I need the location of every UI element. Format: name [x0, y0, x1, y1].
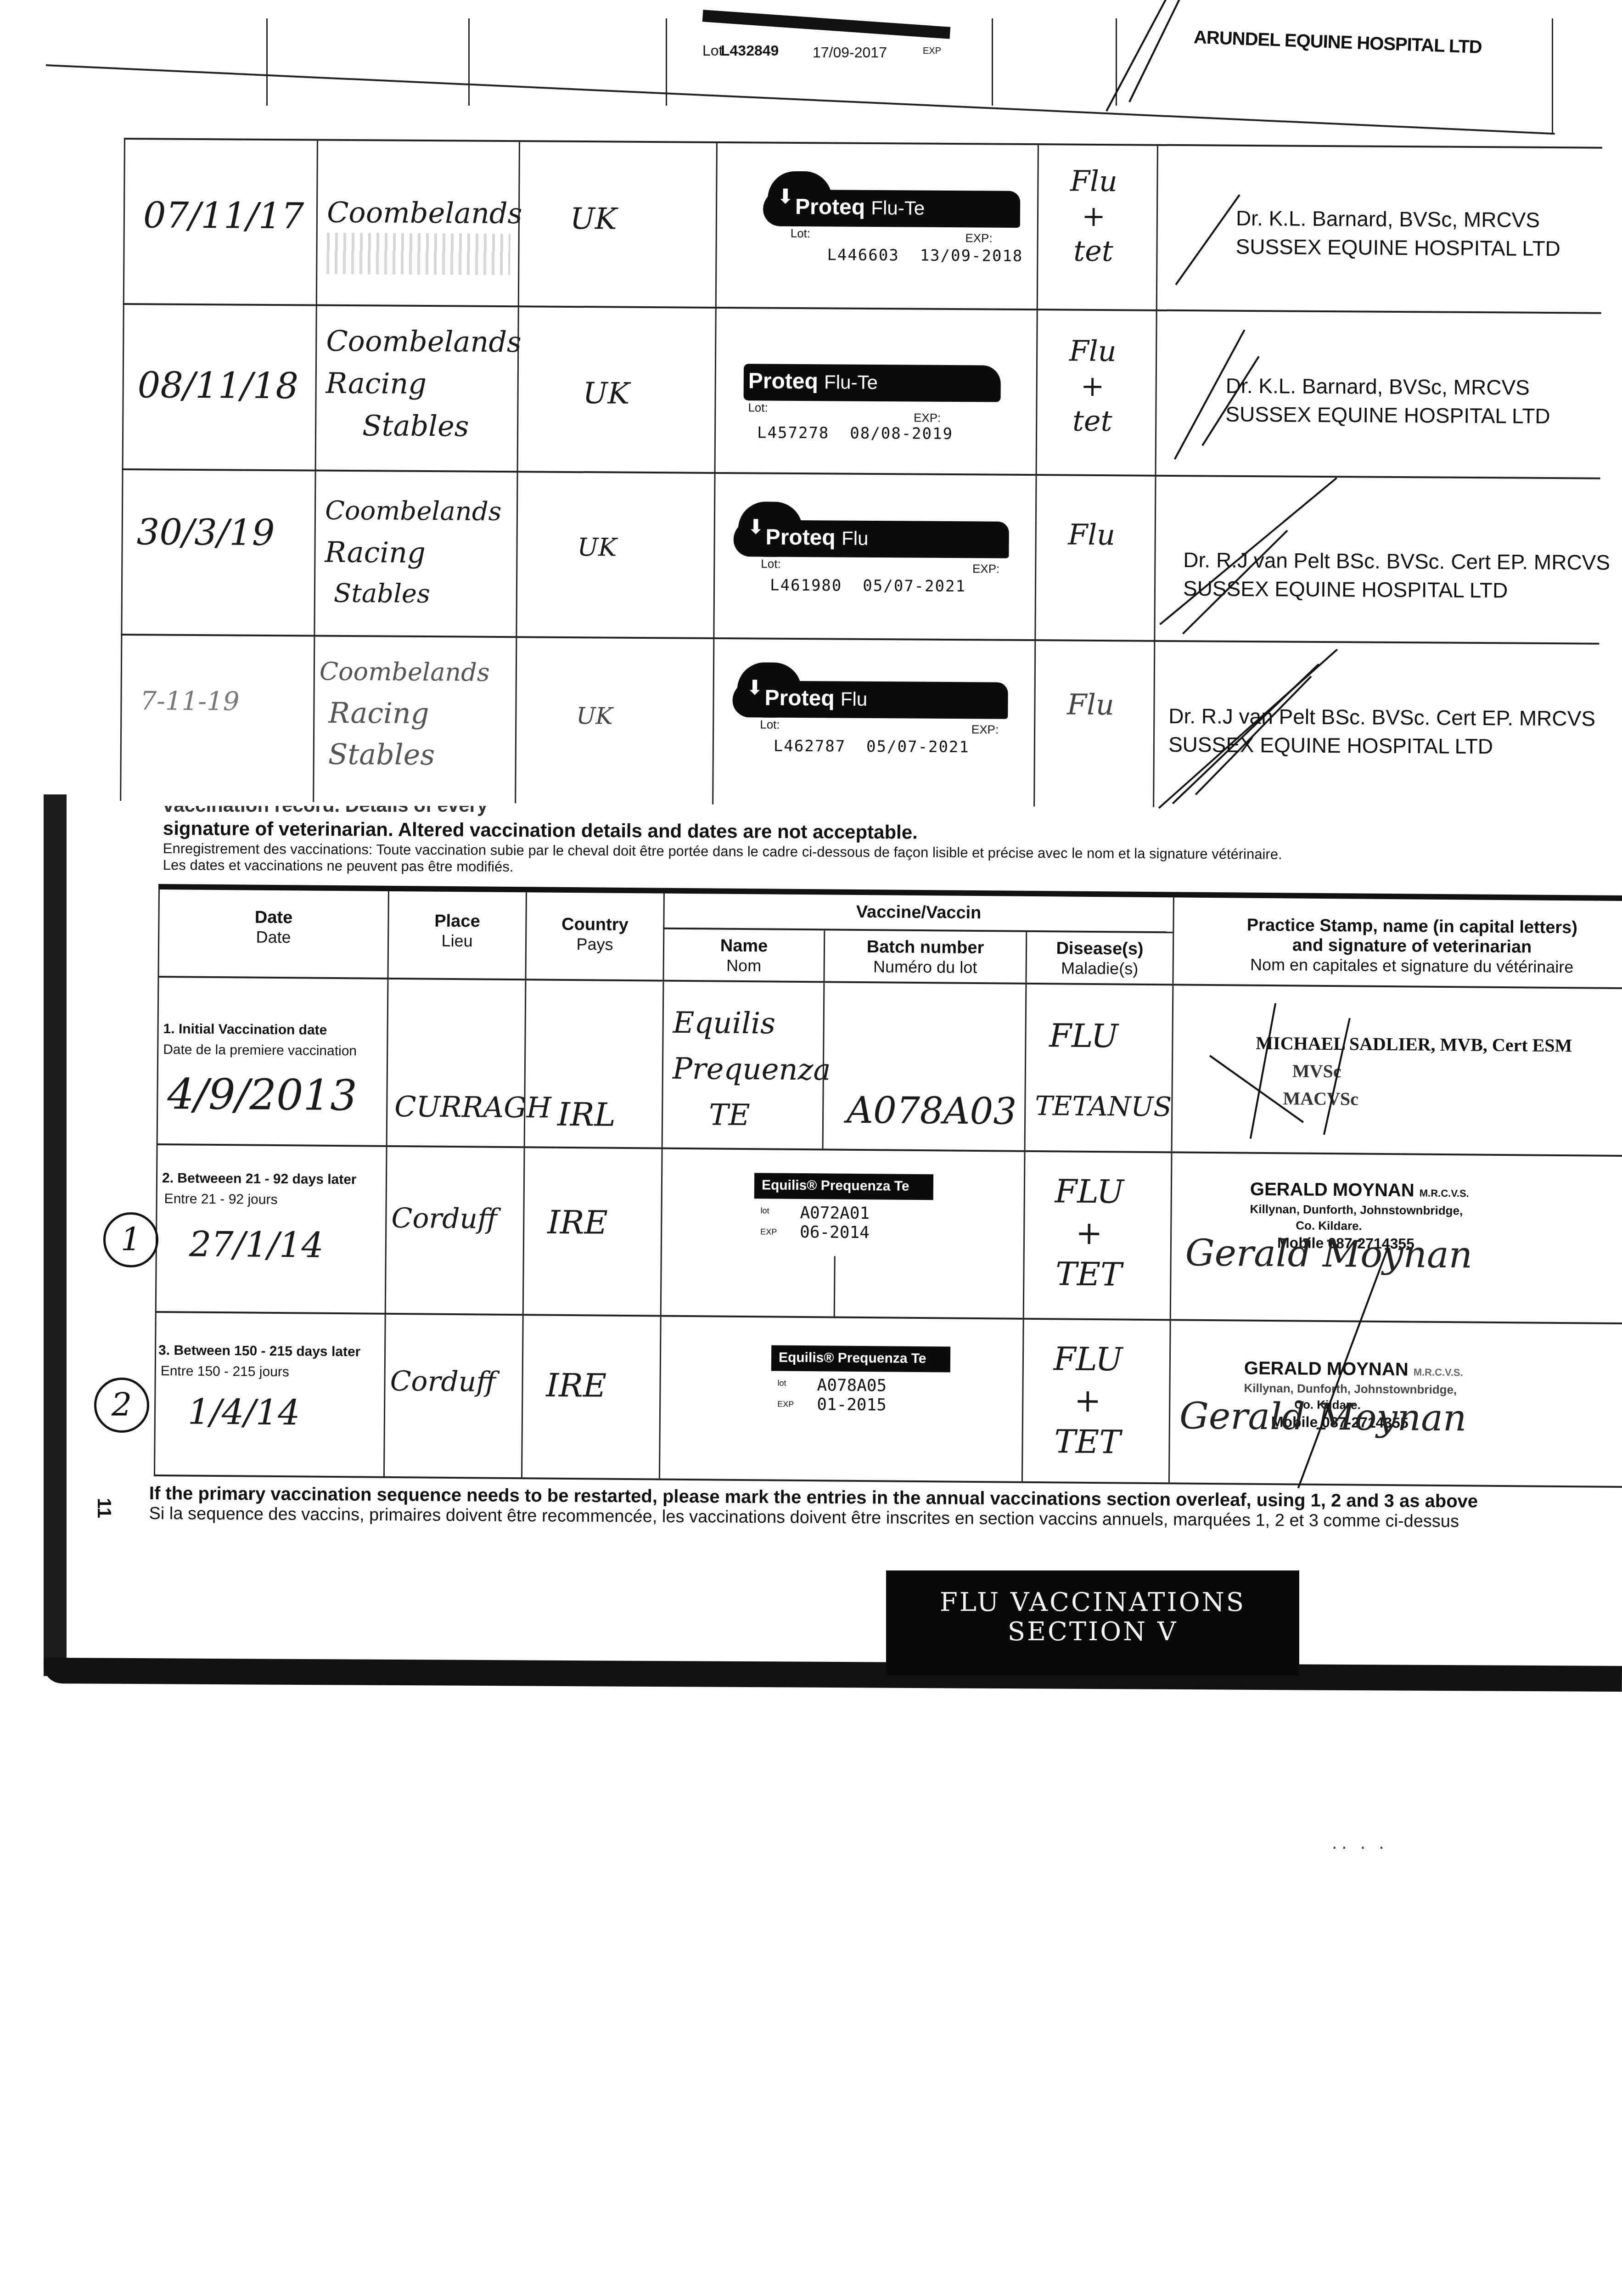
disease-list: Flu	[1055, 517, 1128, 552]
exp-label: EXP:	[971, 722, 999, 737]
vet-cell: Dr. R.J van Pelt BSc. BVSc. Cert EP. MRC…	[1154, 477, 1600, 645]
lot-and-expiry: L462787 05/07-2021	[774, 737, 970, 757]
header-practice-stamp: Practice Stamp, name (in capital letters…	[1172, 896, 1622, 987]
intro-bold: signature of veterinarian. Altered vacci…	[163, 817, 918, 844]
header-vaccine-name: Name Nom	[662, 929, 824, 981]
vaccination-date: 7-11-19	[140, 686, 239, 716]
place-line: Coombelands	[320, 651, 490, 694]
lot-label: lot	[777, 1379, 786, 1388]
date-cell: 2. Betweeen 21 - 92 days later Entre 21 …	[155, 1145, 387, 1313]
vet-cell: Dr. R.J van Pelt BSc. BVSc. Cert EP. MRC…	[1153, 642, 1599, 810]
date-cell: 30/3/19	[121, 470, 314, 637]
date-cell: 1. Initial Vaccination date Date de la p…	[157, 978, 389, 1145]
column-divider	[266, 18, 268, 106]
lot-label: Lot:	[760, 717, 780, 732]
place-cell: Corduff	[385, 1147, 525, 1314]
vet-name: Dr. R.J van Pelt BSc. BVSc. Cert EP. MRC…	[1168, 702, 1595, 733]
vaccination-date: 08/11/18	[137, 365, 298, 407]
exp-label: EXP	[760, 1227, 777, 1237]
lot-label: Lot:	[761, 557, 781, 571]
place-cell: CURRAGH	[386, 979, 527, 1146]
restart-instructions: If the primary vaccination sequence need…	[149, 1483, 1618, 1533]
disease-cell: Flu	[1034, 476, 1155, 642]
place-cell: Coombelands Racing Stables	[314, 472, 516, 638]
column-divider	[834, 1256, 836, 1318]
country-value: UK	[577, 533, 617, 562]
disease-cell: FLU TETANUS	[1024, 985, 1174, 1152]
header-country: Country Pays	[525, 891, 663, 979]
disease-cell: Flu	[1033, 641, 1154, 807]
syringe-drop-icon: ⬇	[777, 185, 794, 208]
primary-vaccinations-table: Date Date Place Lieu Country Pays Vaccin…	[154, 889, 1622, 1490]
stamp-cell: MICHAEL SADLIER, MVB, Cert ESM MVSc MACV…	[1171, 985, 1622, 1155]
place-line: Racing	[326, 362, 427, 405]
header-place: Place Lieu	[387, 890, 525, 979]
place-cell: Coombelands Racing Stables	[313, 637, 516, 804]
country-cell: IRE	[521, 1316, 662, 1478]
table-row: 3. Between 150 - 215 days later Entre 15…	[154, 1311, 1622, 1488]
header-date: Date Date	[158, 889, 388, 978]
place-line: Stables	[362, 405, 469, 447]
annual-vaccinations-table: 07/11/17 Coombelands UK ⬇ Proteq Flu-Te …	[120, 138, 1602, 850]
batch-and-expiry: A072A01 06-2014	[800, 1204, 870, 1243]
lot-label: lot	[760, 1206, 769, 1216]
date-cell: 7-11-19	[120, 636, 314, 802]
page-number: 11	[93, 1498, 115, 1518]
stamp-cell: GERALD MOYNAN M.R.C.V.S. Killynan, Dunfo…	[1170, 1153, 1622, 1322]
exp-label: EXP:	[965, 231, 992, 245]
vet-practice: SUSSEX EQUINE HOSPITAL LTD	[1225, 400, 1550, 430]
proteq-sticker: ⬇ Proteq Flu Lot: EXP: L461980 05/07-202…	[733, 501, 1009, 577]
previous-page-strip: Lot L432849 17/09-2017 EXP ARUNDEL EQUIN…	[60, 0, 1552, 138]
column-divider	[1552, 18, 1553, 133]
sequence-marker-2: 2	[94, 1378, 149, 1433]
signature-stroke	[1250, 1003, 1276, 1139]
sticker-brand: Proteq Flu	[764, 686, 867, 711]
place-line: Coombelands	[325, 490, 502, 533]
country-value: UK	[570, 202, 617, 236]
intro-cut-line: vaccination record. Details of every	[163, 794, 488, 816]
scan-artifact: ·· · ·	[1331, 1837, 1388, 1857]
date-cell: 3. Between 150 - 215 days later Entre 15…	[154, 1313, 386, 1476]
sticker-bar-fragment	[702, 10, 950, 39]
lot-label: Lot:	[791, 226, 811, 241]
top-lot-code: L432849	[721, 42, 779, 59]
disease-cell: FLU + TET	[1021, 1320, 1171, 1483]
vaccination-date: 1/4/14	[188, 1391, 300, 1433]
vet-practice: SUSSEX EQUINE HOSPITAL LTD	[1235, 232, 1560, 263]
vaccination-date: 27/1/14	[189, 1224, 324, 1266]
country-cell: UK	[517, 307, 715, 474]
disease-cell: Flu + tet	[1036, 310, 1156, 477]
header-batch-number: Batch number Numéro du lot	[823, 930, 1026, 982]
lot-and-expiry: L461980 05/07-2021	[770, 576, 966, 596]
lot-and-expiry: L457278 08/08-2019	[757, 423, 953, 443]
vet-practice: SUSSEX EQUINE HOSPITAL LTD	[1183, 574, 1508, 604]
primary-vaccinations-page: 11 vaccination record. Details of every …	[44, 794, 1622, 1685]
sticker-brand: Proteq Flu	[766, 525, 869, 551]
country-cell: IRL	[524, 980, 664, 1147]
vaccine-sticker-cell: Equilis® Prequenza Te lot EXP A078A05 01…	[659, 1317, 1024, 1481]
place-cell: Coombelands	[316, 141, 519, 308]
header-vaccine-group: Vaccine/Vaccin	[663, 893, 1173, 934]
table-row: 07/11/17 Coombelands UK ⬇ Proteq Flu-Te …	[123, 138, 1602, 314]
date-cell: 07/11/17	[123, 140, 317, 306]
vaccine-cell: ⬇ Proteq Flu Lot: EXP: L461980 05/07-202…	[713, 474, 1035, 641]
country-value: UK	[583, 377, 629, 411]
top-lot-label: Lot	[702, 42, 723, 59]
section-tab-subtitle: SECTION V	[886, 1617, 1299, 1647]
equilis-sticker: Equilis® Prequenza Te lot EXP A078A05 01…	[771, 1345, 950, 1425]
sticker-brand: Proteq Flu-Te	[795, 194, 925, 220]
page-binding-edge	[44, 794, 67, 1676]
exp-label: EXP:	[972, 562, 999, 576]
vaccination-date: 4/9/2013	[167, 1069, 357, 1120]
batch-and-expiry: A078A05 01-2015	[817, 1376, 887, 1415]
table-row: 2. Betweeen 21 - 92 days later Entre 21 …	[155, 1143, 1622, 1323]
table-row: 7-11-19 Coombelands Racing Stables UK ⬇ …	[120, 634, 1599, 810]
proteq-sticker: ⬇ Proteq Flu-Te Lot: EXP: L446603 13/09-…	[763, 171, 1021, 246]
disease-list: Flu	[1054, 687, 1127, 722]
column-divider	[468, 18, 470, 106]
batch-cell: A078A03	[822, 983, 1027, 1150]
table-row: 30/3/19 Coombelands Racing Stables UK ⬇ …	[121, 468, 1600, 645]
exp-label: EXP	[777, 1400, 794, 1409]
lot-label: Lot:	[748, 400, 768, 415]
handwritten-signature: Gerald Moynan	[1179, 1395, 1467, 1440]
column-divider	[992, 18, 993, 106]
hospital-stamp: ARUNDEL EQUINE HOSPITAL LTD	[1193, 27, 1482, 58]
sequence-marker-1: 1	[103, 1212, 158, 1267]
place-line: Coombelands	[327, 191, 522, 235]
section-tab: FLU VACCINATIONS SECTION V	[886, 1570, 1299, 1676]
disease-list: Flu + tet	[1055, 333, 1129, 439]
section-tab-title: FLU VACCINATIONS	[886, 1588, 1299, 1617]
sticker-brand: Proteq Flu-Te	[748, 368, 878, 394]
country-cell: IRE	[522, 1148, 663, 1315]
equilis-sticker: Equilis® Prequenza Te lot EXP A072A01 06…	[754, 1173, 933, 1252]
proteq-sticker: Proteq Flu-Te Lot: EXP: L457278 08/08-20…	[743, 345, 1001, 420]
sticker-brand: Equilis® Prequenza Te	[771, 1345, 950, 1373]
place-line: Racing	[328, 692, 429, 735]
country-cell: UK	[516, 473, 714, 639]
vaccine-cell: ⬇ Proteq Flu-Te Lot: EXP: L446603 13/09-…	[715, 143, 1038, 310]
stamp-cell: GERALD MOYNAN M.R.C.V.S. Killynan, Dunfo…	[1168, 1321, 1622, 1486]
place-cell: Coombelands Racing Stables	[315, 306, 518, 473]
vet-name: Dr. K.L. Barnard, BVSc, MRCVS	[1226, 371, 1530, 402]
proteq-sticker: ⬇ Proteq Flu Lot: EXP: L462787 05/07-202…	[732, 662, 1008, 737]
place-line: Racing	[325, 531, 426, 574]
country-cell: UK	[518, 142, 716, 309]
top-exp-label: EXP	[923, 46, 941, 56]
lot-and-expiry: L446603 13/09-2018	[827, 246, 1023, 265]
exp-label: EXP:	[914, 411, 941, 425]
top-expiry: 17/09-2017	[813, 44, 887, 61]
sticker-brand: Equilis® Prequenza Te	[754, 1173, 933, 1200]
place-line: Coombelands	[326, 320, 522, 364]
syringe-drop-icon: ⬇	[746, 676, 763, 699]
country-cell: UK	[515, 638, 713, 805]
intro-french-2: Les dates et vaccinations ne peuvent pas…	[163, 857, 514, 875]
signature-stroke	[1175, 194, 1240, 285]
place-line: Stables	[328, 733, 435, 776]
vaccination-date: 07/11/17	[143, 195, 304, 237]
vaccine-cell: Proteq Flu-Te Lot: EXP: L457278 08/08-20…	[714, 309, 1037, 476]
vaccine-cell: ⬇ Proteq Flu Lot: EXP: L462787 05/07-202…	[712, 639, 1034, 806]
place-line: Stables	[334, 573, 430, 615]
vet-name: Dr. K.L. Barnard, BVSc, MRCVS	[1236, 204, 1540, 234]
date-cell: 08/11/18	[122, 305, 316, 472]
table-bottom-border	[46, 64, 1555, 135]
table-row: 1. Initial Vaccination date Date de la p…	[157, 976, 1622, 1155]
disease-cell: FLU + TET	[1023, 1152, 1173, 1319]
vaccine-sticker-cell: Equilis® Prequenza Te lot EXP A072A01 06…	[660, 1149, 1026, 1318]
vaccine-name-cell: Equilis Prequenza TE	[662, 982, 825, 1149]
vet-cell: Dr. K.L. Barnard, BVSc, MRCVS SUSSEX EQU…	[1156, 146, 1602, 314]
disease-cell: Flu + tet	[1037, 145, 1157, 311]
handwritten-signature: Gerald Moynan	[1185, 1232, 1472, 1277]
vaccination-date: 30/3/19	[136, 512, 275, 554]
vet-cell: Dr. K.L. Barnard, BVSc, MRCVS SUSSEX EQU…	[1155, 311, 1601, 479]
table-row: 08/11/18 Coombelands Racing Stables UK P…	[122, 303, 1601, 479]
place-cell: Corduff	[383, 1315, 524, 1477]
disease-list: Flu + tet	[1056, 163, 1130, 269]
header-diseases: Disease(s) Maladie(s)	[1025, 932, 1173, 984]
syringe-drop-icon: ⬇	[747, 515, 764, 539]
faded-stamp	[326, 233, 511, 275]
page-bottom-edge	[44, 1658, 1622, 1692]
country-value: UK	[576, 703, 613, 729]
